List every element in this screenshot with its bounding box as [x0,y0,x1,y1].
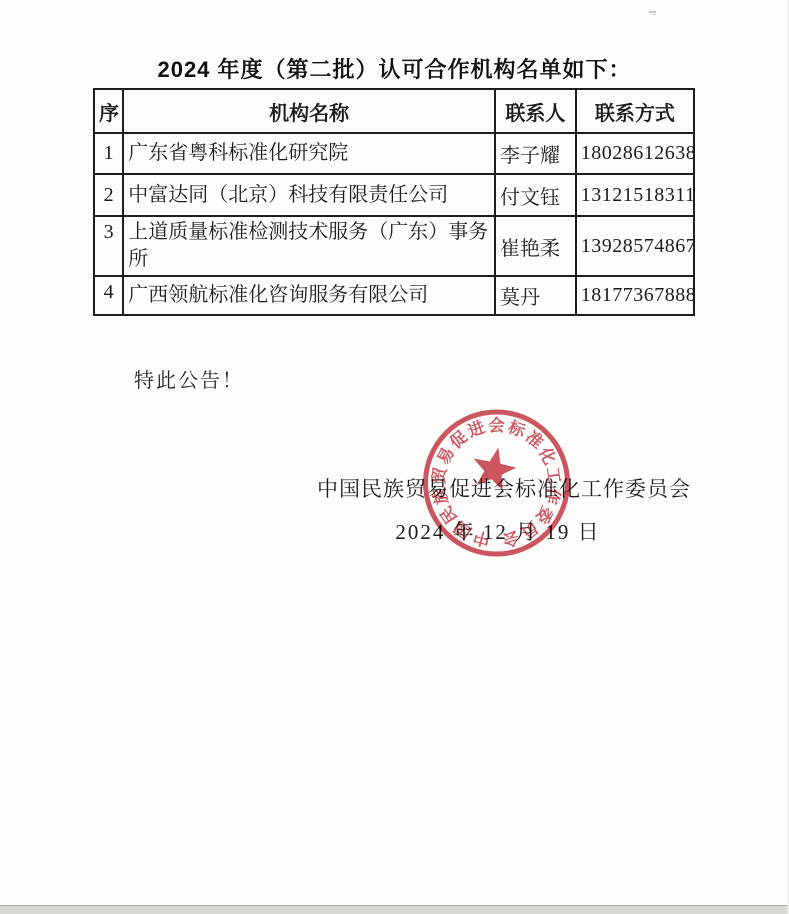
svg-text:进: 进 [465,417,488,441]
row-seq: 2 [94,174,123,216]
header-seq: 序 [94,89,123,133]
svg-text:促: 促 [445,426,471,452]
notice-text: 特此公告！ [134,364,244,393]
row-phone: 18028612638 [576,133,694,174]
institutions-table: 序 机构名称 联系人 联系方式 1 广东省粤科标准化研究院 李子耀 180286… [93,88,695,316]
table-row: 1 广东省粤科标准化研究院 李子耀 18028612638 [94,133,694,174]
row-org-name: 中富达同（北京）科技有限责任公司 [123,174,495,216]
row-seq: 3 [94,216,123,276]
row-org-name: 上道质量标准检测技术服务（广东）事务所 [123,216,495,276]
row-org-name: 广西领航标准化咨询服务有限公司 [123,276,495,315]
table-header-row: 序 机构名称 联系人 联系方式 [94,89,694,133]
page-title: 2024 年度（第二批）认可合作机构名单如下： [0,53,789,84]
row-seq: 1 [94,133,123,174]
row-contact: 李子耀 [495,133,576,174]
svg-text:准: 准 [522,426,548,452]
svg-text:化: 化 [534,443,560,468]
table-row: 4 广西领航标准化咨询服务有限公司 莫丹 18177367888 [94,276,694,315]
svg-text:会: 会 [488,415,505,435]
svg-text:易: 易 [434,444,459,468]
header-name: 机构名称 [123,89,495,133]
issue-date: 2024 年 12 月 19 日 [317,516,679,546]
row-phone: 13928574867 [576,216,694,276]
row-phone: 18177367888 [576,276,694,315]
row-phone: 13121518311 [576,174,694,216]
svg-text:标: 标 [505,416,529,441]
header-contact: 联系人 [495,89,576,133]
table-row: 3 上道质量标准检测技术服务（广东）事务所 崔艳柔 13928574867 [94,216,694,276]
document-page: 2024 年度（第二批）认可合作机构名单如下： 序 机构名称 联系人 联系方式 … [0,0,789,914]
row-contact: 崔艳柔 [495,216,576,276]
header-phone: 联系方式 [576,89,694,133]
row-contact: 付文钰 [495,174,576,216]
issuer-name: 中国民族贸易促进会标准化工作委员会 [317,473,679,503]
row-org-name: 广东省粤科标准化研究院 [123,133,495,174]
scan-edge-strip [0,905,789,914]
row-seq: 4 [94,276,123,315]
signature-block: 中国民族贸易促进会标准化工作委员会 2024 年 12 月 19 日 [317,473,679,546]
table-row: 2 中富达同（北京）科技有限责任公司 付文钰 13121518311 [94,174,694,216]
scan-artifact [648,10,658,18]
row-contact: 莫丹 [495,276,576,315]
